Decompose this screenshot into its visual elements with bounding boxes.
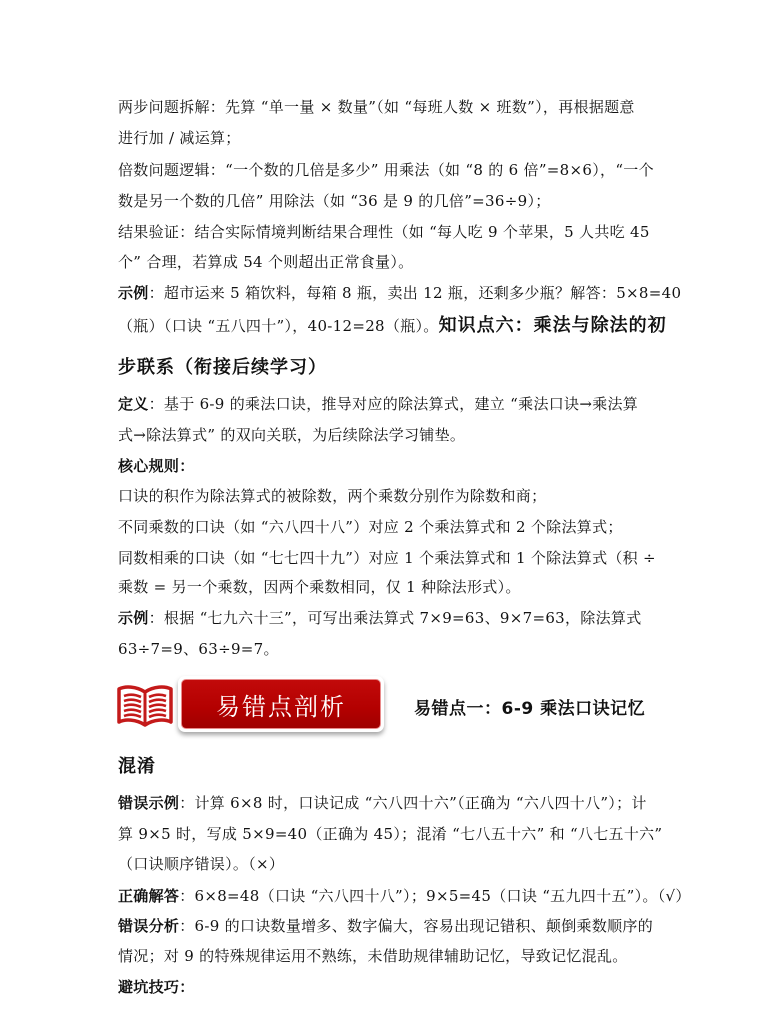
open-book-icon <box>116 684 174 728</box>
section6-heading-cont: 步联系（衔接后续学习） <box>118 358 663 378</box>
paragraph-multiple-logic: 倍数问题逻辑：“一个数的几倍是多少” 用乘法（如 “8 的 6 倍”=8×6），… <box>118 160 663 180</box>
example-text: ：超市运来 5 箱饮料，每箱 8 瓶，卖出 12 瓶，还剩多少瓶？解答：5×8=… <box>149 284 682 302</box>
paragraph-wrong-example-cont: 算 9×5 时，写成 5×9=40（正确为 45）；混淆 “七八五十六” 和 “… <box>118 824 663 844</box>
example-label: 示例 <box>118 284 149 302</box>
rule-item: 不同乘数的口诀（如 “六八四十八”）对应 2 个乘法算式和 2 个除法算式； <box>118 517 663 537</box>
paragraph-definition: 定义：基于 6-9 的乘法口诀，推导对应的除法算式，建立 “乘法口诀→乘法算 <box>118 394 663 414</box>
definition-text: ：基于 6-9 的乘法口诀，推导对应的除法算式，建立 “乘法口诀→乘法算 <box>149 395 639 413</box>
wrong-example-label: 错误示例 <box>118 794 179 812</box>
banner-label: 易错点剖析 <box>181 679 381 729</box>
paragraph-example-cont: （瓶）（口诀 “五八四十”），40-12=28（瓶）。知识点六：乘法与除法的初 <box>118 316 663 336</box>
paragraph-error-analysis: 错误分析：6-9 的口诀数量增多、数字偏大，容易出现记错积、颠倒乘数顺序的 <box>118 916 663 936</box>
mistake-analysis-banner: 易错点剖析 易错点一：6-9 乘法口诀记忆 <box>112 670 672 750</box>
tips-label: 避坑技巧： <box>118 977 663 997</box>
correct-answer-label: 正确解答 <box>118 887 179 905</box>
wrong-example-text: ：计算 6×8 时，口诀记成 “六八四十六”（正确为 “六八四十八”）；计 <box>179 794 647 812</box>
paragraph-wrong-example: 错误示例：计算 6×8 时，口诀记成 “六八四十六”（正确为 “六八四十八”）；… <box>118 793 663 813</box>
paragraph-correct-answer: 正确解答：6×8=48（口诀 “六八四十八”）；9×5=45（口诀 “五九四十五… <box>118 886 663 906</box>
banner-label-box: 易错点剖析 <box>178 676 384 732</box>
error-analysis-label: 错误分析 <box>118 917 179 935</box>
example-text: ：根据 “七九六十三”，可写出乘法算式 7×9=63、9×7=63，除法算式 <box>149 609 642 627</box>
example-label: 示例 <box>118 609 149 627</box>
document-page: 两步问题拆解：先算 “单一量 × 数量”（如 “每班人数 × 班数”），再根据题… <box>0 0 778 1024</box>
error-analysis-text: ：6-9 的口诀数量增多、数字偏大，容易出现记错积、颠倒乘数顺序的 <box>179 917 653 935</box>
example-text-cont: （瓶）（口诀 “五八四十”），40-12=28（瓶）。 <box>118 317 439 335</box>
paragraph-example-cont: 63÷7=9、63÷9=7。 <box>118 639 663 659</box>
mistake1-heading: 易错点一：6-9 乘法口诀记忆 <box>414 694 645 719</box>
paragraph-two-step-cont: 进行加 / 减运算； <box>118 128 663 148</box>
rule-item-cont: 乘数 = 另一个乘数，因两个乘数相同，仅 1 种除法形式）。 <box>118 577 663 597</box>
paragraph-example: 示例：超市运来 5 箱饮料，每箱 8 瓶，卖出 12 瓶，还剩多少瓶？解答：5×… <box>118 283 663 303</box>
paragraph-error-analysis-cont: 情况；对 9 的特殊规律运用不熟练，未借助规律辅助记忆，导致记忆混乱。 <box>118 946 663 966</box>
section6-heading: 知识点六：乘法与除法的初 <box>439 315 667 336</box>
paragraph-two-step: 两步问题拆解：先算 “单一量 × 数量”（如 “每班人数 × 班数”），再根据题… <box>118 97 663 117</box>
paragraph-verify-cont: 个” 合理，若算成 54 个则超出正常食量）。 <box>118 252 663 272</box>
paragraph-definition-cont: 式→除法算式” 的双向关联，为后续除法学习铺垫。 <box>118 425 663 445</box>
rule-item: 同数相乘的口诀（如 “七七四十九”）对应 1 个乘法算式和 1 个除法算式（积 … <box>118 548 663 568</box>
mistake1-heading-cont: 混淆 <box>118 757 663 777</box>
rule-item: 口诀的积作为除法算式的被除数，两个乘数分别作为除数和商； <box>118 486 663 506</box>
paragraph-multiple-logic-cont: 数是另一个数的几倍” 用除法（如 “36 是 9 的几倍”=36÷9）； <box>118 191 663 211</box>
paragraph-example: 示例：根据 “七九六十三”，可写出乘法算式 7×9=63、9×7=63，除法算式 <box>118 608 663 628</box>
rules-label: 核心规则： <box>118 456 663 476</box>
definition-label: 定义 <box>118 395 149 413</box>
correct-answer-text: ：6×8=48（口诀 “六八四十八”）；9×5=45（口诀 “五九四十五”）。（… <box>179 887 691 905</box>
paragraph-wrong-example-cont: （口诀顺序错误）。（×） <box>118 854 663 874</box>
paragraph-verify: 结果验证：结合实际情境判断结果合理性（如 “每人吃 9 个苹果，5 人共吃 45 <box>118 222 663 242</box>
